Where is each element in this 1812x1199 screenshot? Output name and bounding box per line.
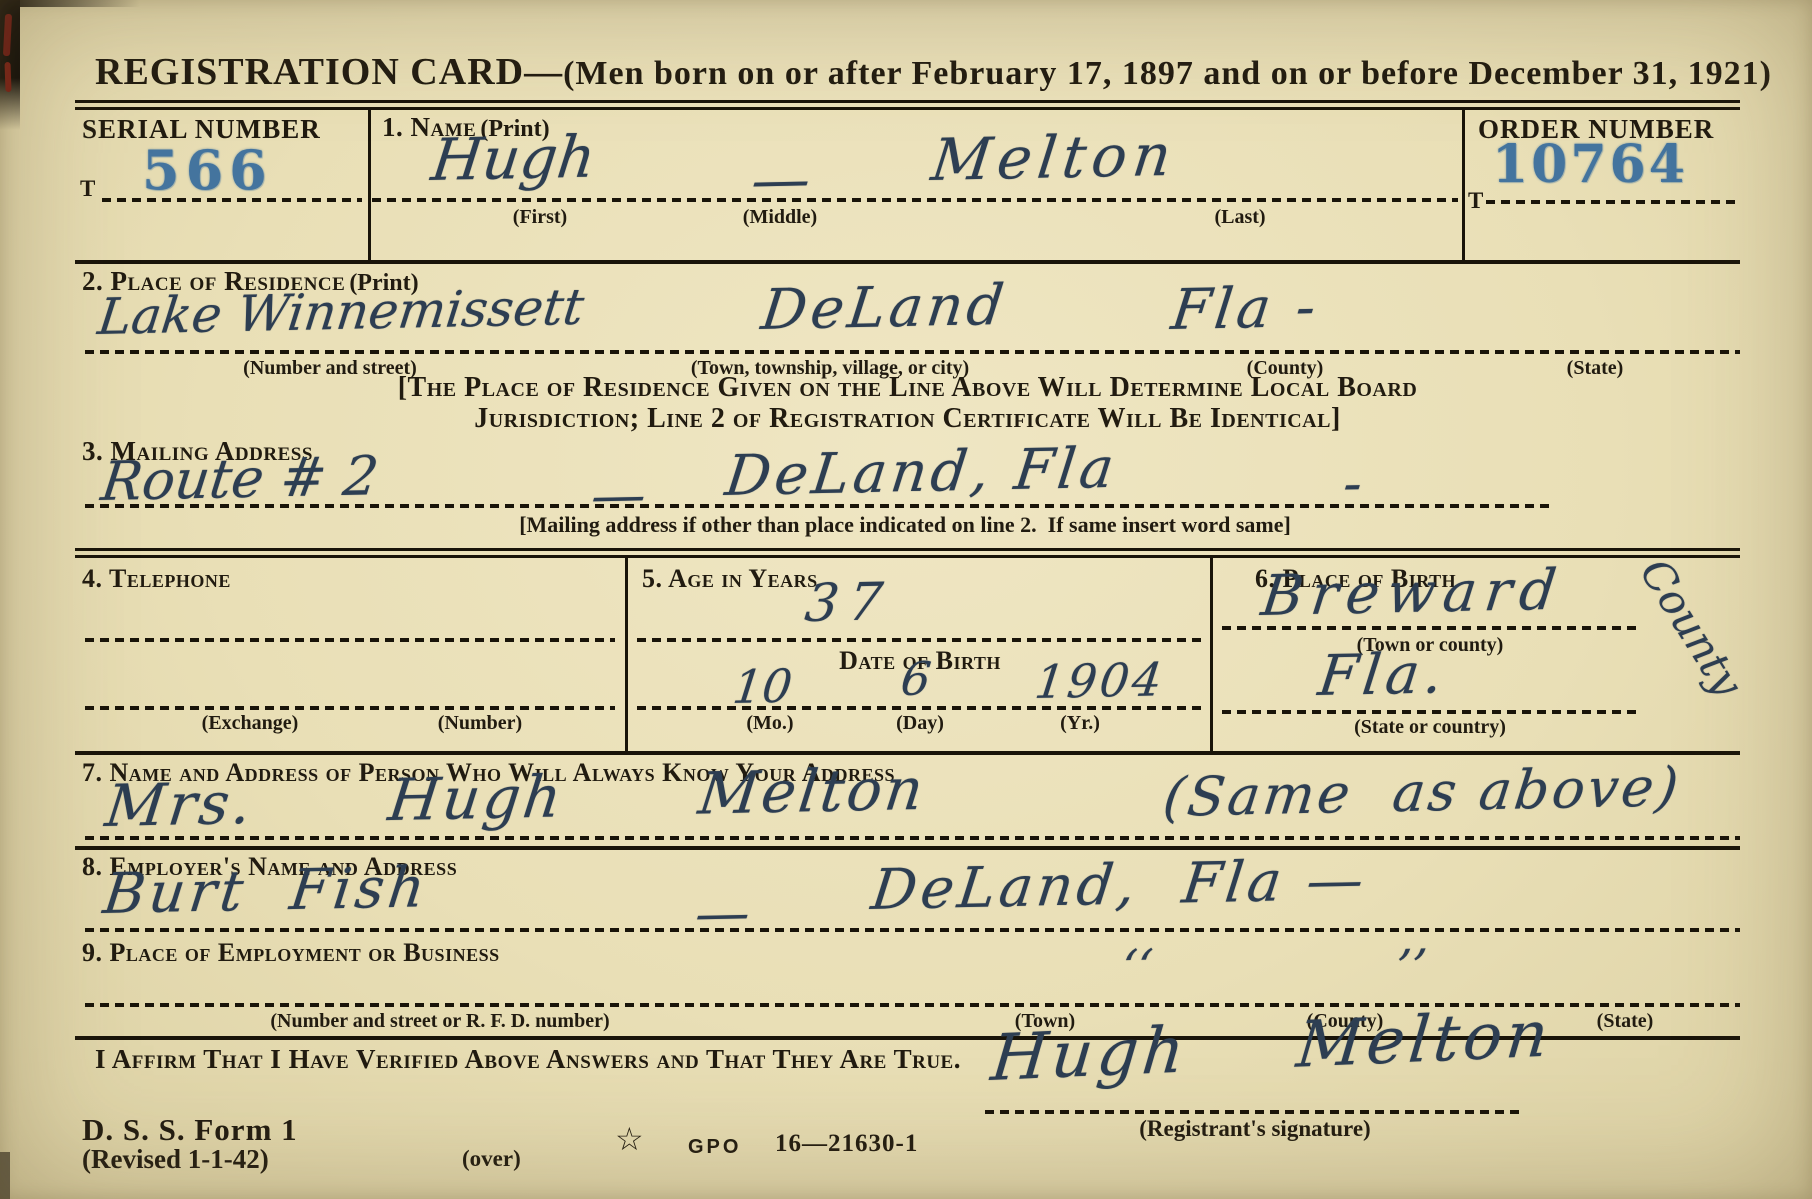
employment-ditto-2: ’’ [1392, 939, 1429, 996]
employment-sub-state: (State) [1535, 1010, 1715, 1033]
dob-year-value: 1904 [1032, 652, 1168, 709]
page-title-paren: (Men born on or after February 17, 1897 … [563, 55, 1772, 92]
employer-name-value: Burt Fish [100, 855, 432, 927]
signature-sub: (Registrant's signature) [1030, 1116, 1480, 1142]
age-value: 37 [802, 572, 896, 634]
red-mark-2 [4, 62, 11, 92]
residence-city-value: DeLand [758, 273, 1011, 343]
order-prefix: T [1468, 188, 1483, 214]
name-last-value: Melton [928, 121, 1181, 194]
employer-line [85, 928, 1740, 932]
over-note: (over) [462, 1146, 521, 1172]
divider [75, 555, 1740, 558]
name-line [372, 198, 1458, 202]
telephone-line-1 [85, 638, 615, 642]
dob-sub-year: (Yr.) [1010, 712, 1150, 735]
gpo-mark: GPO [688, 1136, 741, 1159]
contact-note-value: (Same as above) [1160, 755, 1685, 829]
divider [625, 558, 628, 752]
divider [75, 846, 1740, 850]
name-middle-value: — [748, 145, 814, 214]
employer-address-value: DeLand, Fla — [868, 848, 1371, 923]
page-title-main: REGISTRATION CARD— [95, 51, 563, 93]
contact-line [85, 836, 1740, 840]
age-label: 5. Age in Years [642, 564, 818, 594]
dob-sub-month: (Mo.) [700, 712, 840, 735]
name-sub-last: (Last) [1170, 206, 1310, 229]
divider [1210, 558, 1213, 752]
dob-line [637, 706, 1203, 710]
birthplace-town-value: Breward [1258, 558, 1568, 629]
employment-label: 9. Place of Employment or Business [82, 938, 500, 968]
affirmation-text: I Affirm That I Have Verified Above Answ… [95, 1044, 961, 1075]
mailing-part1-value: Route # 2 [98, 444, 382, 513]
form-number: D. S. S. Form 1 [82, 1112, 298, 1148]
registration-card: REGISTRATION CARD—(Men born on or after … [0, 0, 1812, 1199]
residence-line [85, 350, 1740, 354]
employment-ditto-1: ‘‘ [1118, 939, 1155, 996]
print-code: 16—21630-1 [775, 1130, 918, 1158]
mailing-part2-value: DeLand, Fla [722, 436, 1121, 509]
scan-edge-top [0, 0, 140, 7]
page-title: REGISTRATION CARD—(Men born on or after … [95, 50, 1772, 94]
serial-prefix: T [80, 176, 95, 202]
employment-sub-rfd: (Number and street or R. F. D. number) [240, 1010, 640, 1033]
star-icon: ☆ [615, 1120, 644, 1158]
birthplace-sub-state: (State or country) [1250, 716, 1610, 739]
order-line [1486, 200, 1736, 204]
employer-dash-value: — [692, 881, 754, 945]
birthplace-town-line [1222, 626, 1642, 630]
divider [75, 548, 1740, 551]
divider [75, 107, 1740, 110]
telephone-sub-number: (Number) [390, 712, 570, 735]
divider [1462, 110, 1465, 262]
birthplace-state-value: Fla. [1315, 641, 1451, 709]
dob-day-value: 6 [898, 651, 934, 706]
board-notice-line2: Jurisdiction; Line 2 of Registration Cer… [75, 403, 1740, 435]
telephone-line-2 [85, 706, 615, 710]
divider [368, 110, 371, 262]
birthplace-state-line [1222, 710, 1642, 714]
mailing-line [85, 504, 1550, 508]
order-number-value: 10764 [1492, 134, 1688, 195]
residence-street-value: Lake Winnemissett [95, 278, 587, 346]
name-sub-middle: (Middle) [710, 206, 850, 229]
name-sub-first: (First) [470, 206, 610, 229]
scan-edge-bottom-left [0, 1152, 10, 1199]
name-first-value: Hugh [428, 123, 599, 194]
serial-number-value: 566 [142, 138, 273, 202]
board-notice-line1: [The Place of Residence Given on the Lin… [75, 372, 1740, 404]
mailing-sub: [Mailing address if other than place ind… [355, 512, 1455, 538]
signature-line [985, 1110, 1525, 1114]
age-line [637, 638, 1203, 642]
form-revision: (Revised 1-1-42) [82, 1144, 269, 1175]
dob-sub-day: (Day) [850, 712, 990, 735]
divider [75, 100, 1740, 103]
telephone-label: 4. Telephone [82, 564, 231, 594]
telephone-sub-exchange: (Exchange) [150, 712, 350, 735]
residence-state-value: Fla - [1168, 275, 1323, 343]
birthplace-county-note: County [1630, 550, 1752, 705]
divider [75, 260, 1740, 264]
